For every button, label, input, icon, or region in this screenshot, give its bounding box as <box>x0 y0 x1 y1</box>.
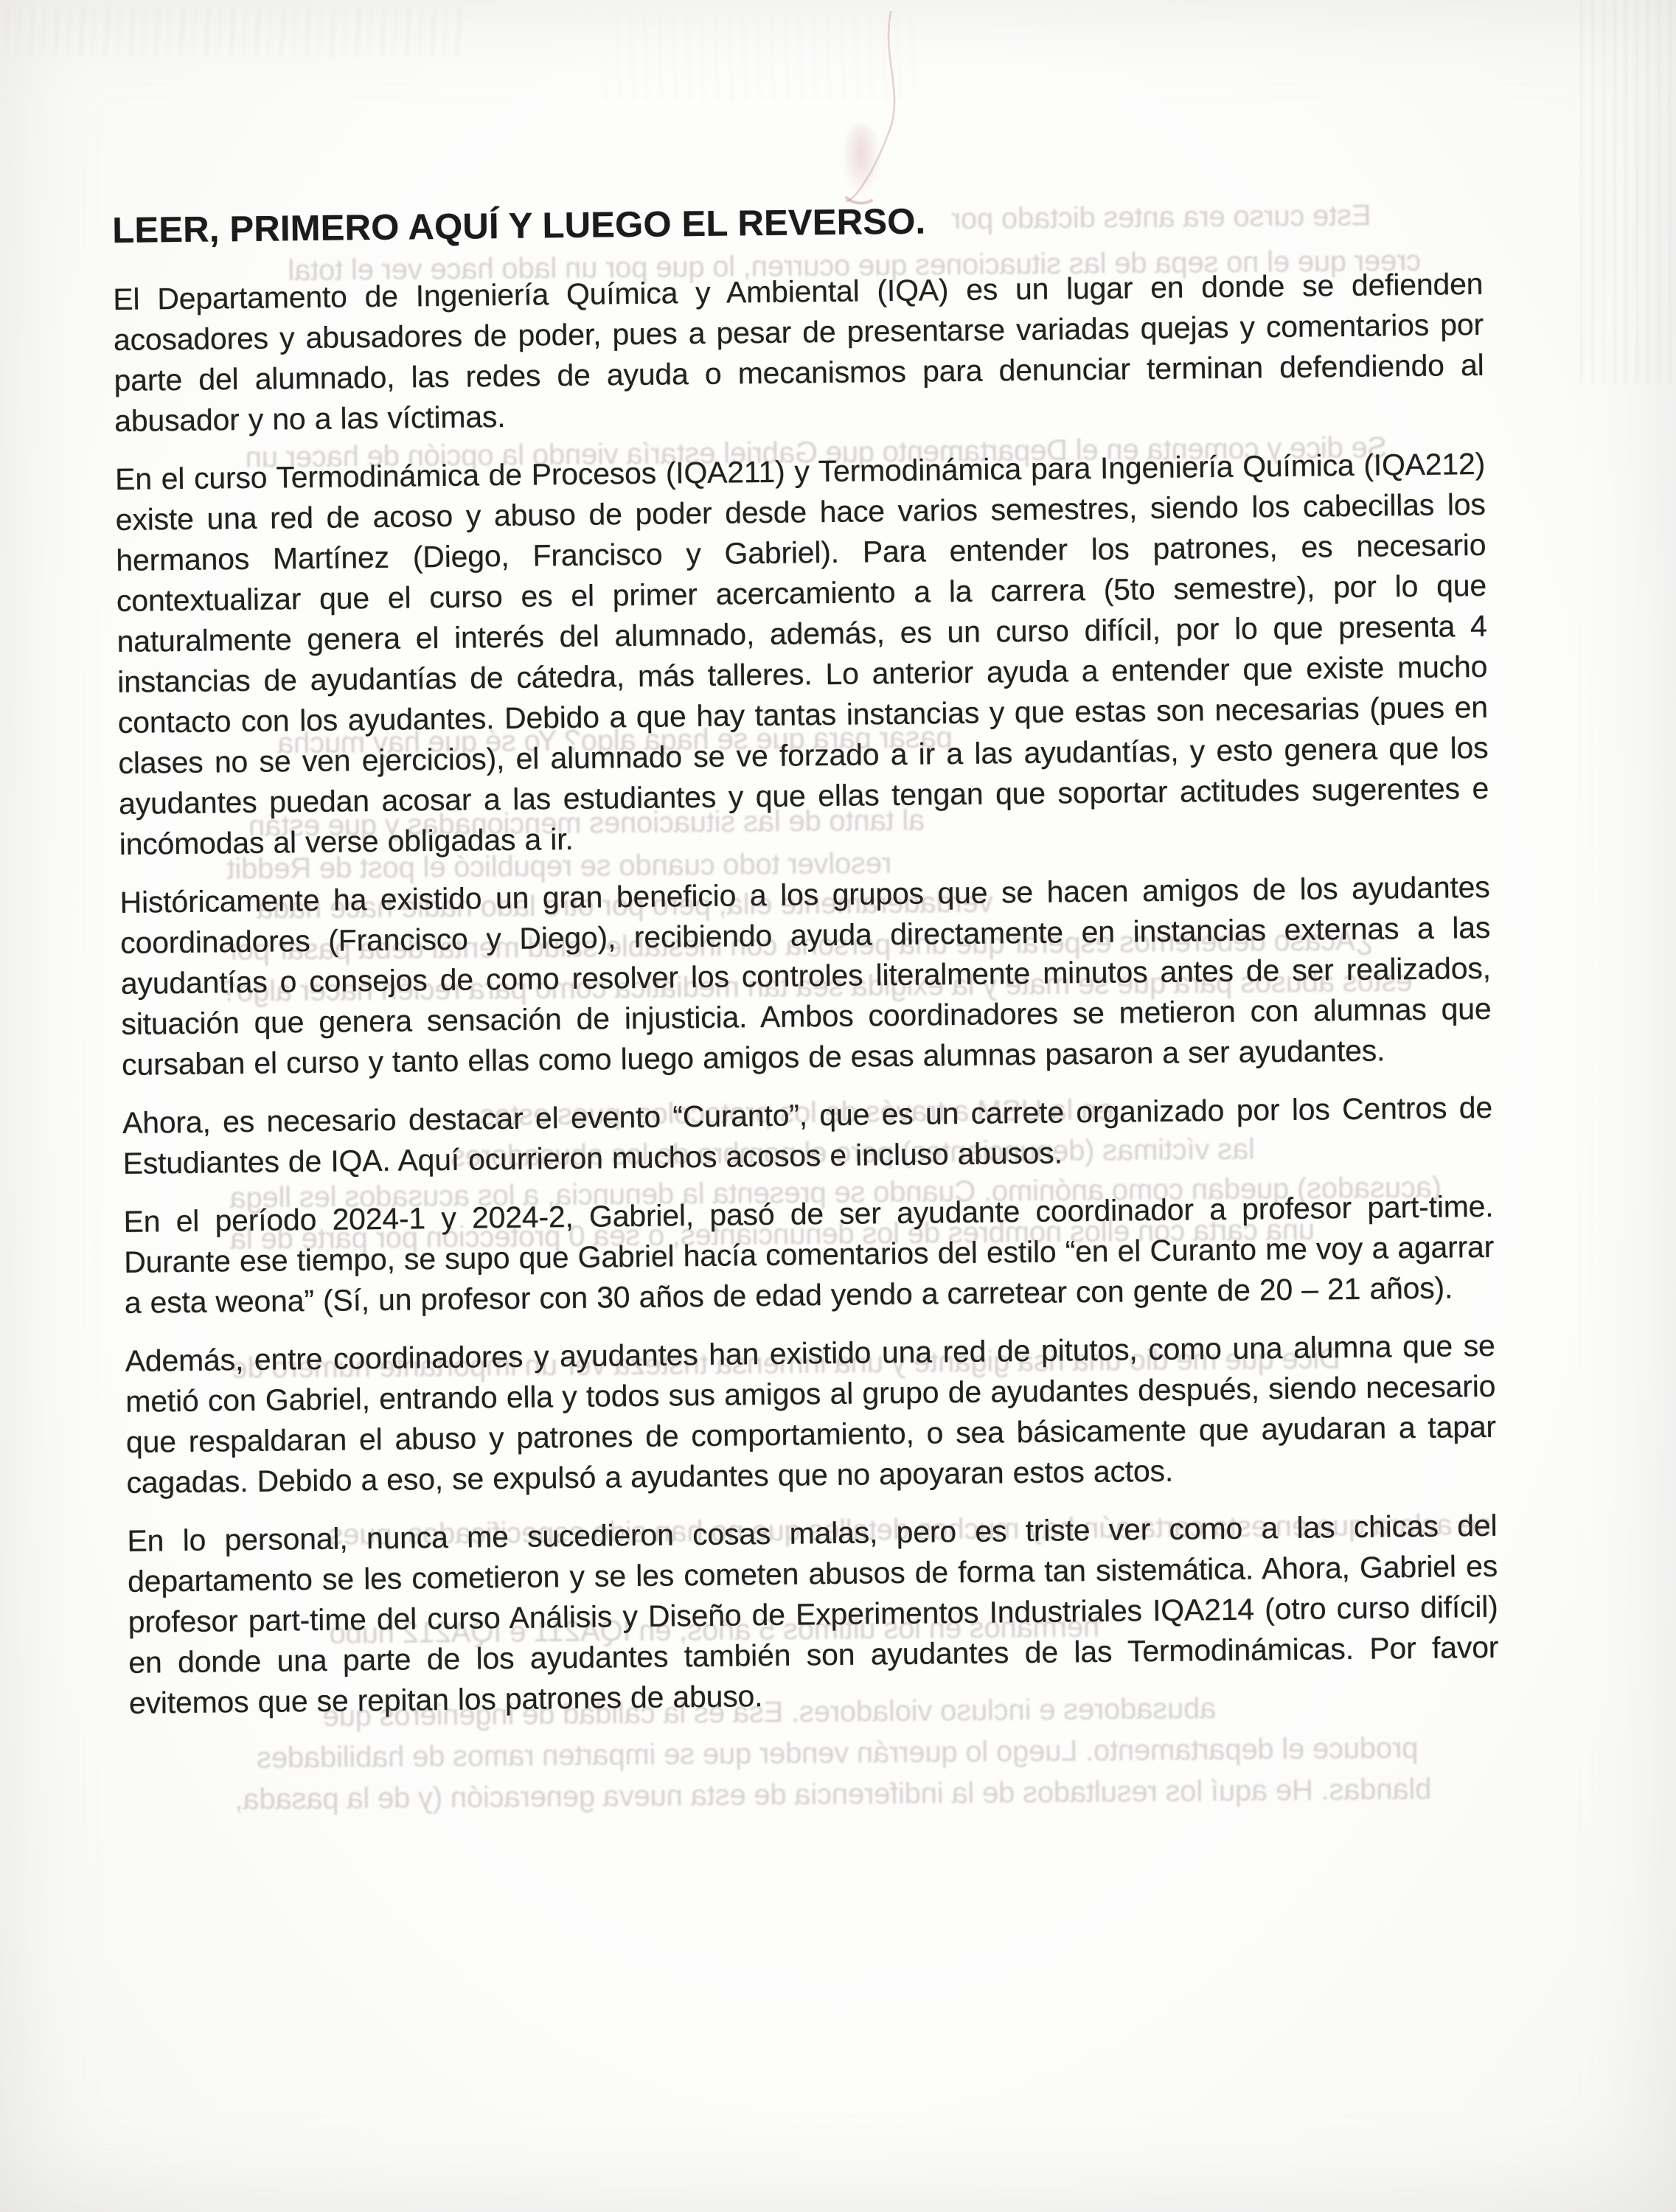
scan-noise-strip <box>6 7 463 56</box>
paragraph-1: El Departamento de Ingeniería Química y … <box>113 264 1484 442</box>
paragraph-6: Además, entre coordinadores y ayudantes … <box>125 1326 1496 1503</box>
bleedthrough-line: blandas. He aquí los resultados de la in… <box>234 1773 1431 1817</box>
paragraph-3: Históricamente ha existido un gran benef… <box>119 867 1492 1085</box>
paragraph-4: Ahora, es necesario destacar el evento “… <box>122 1088 1493 1184</box>
scan-edge-streaks <box>1580 0 1676 383</box>
scan-noise-strip <box>605 13 914 102</box>
scanned-page: Este curso era antes dictado por creer q… <box>0 0 1676 2212</box>
paragraph-7: En lo personal, nunca me sucedieron cosa… <box>127 1506 1499 1724</box>
document-title: LEER, PRIMERO AQUÍ Y LUEGO EL REVERSO. <box>112 195 1483 251</box>
document-content: LEER, PRIMERO AQUÍ Y LUEGO EL REVERSO. E… <box>112 195 1499 1742</box>
paragraph-2: En el curso Termodinámica de Procesos (I… <box>115 444 1489 865</box>
scan-scratch-mark <box>833 7 951 221</box>
scan-smudge <box>842 124 880 198</box>
bleedthrough-line: produce el departamento. Luego lo querrá… <box>257 1732 1418 1775</box>
paragraph-5: En el período 2024-1 y 2024-2, Gabriel, … <box>123 1186 1495 1324</box>
